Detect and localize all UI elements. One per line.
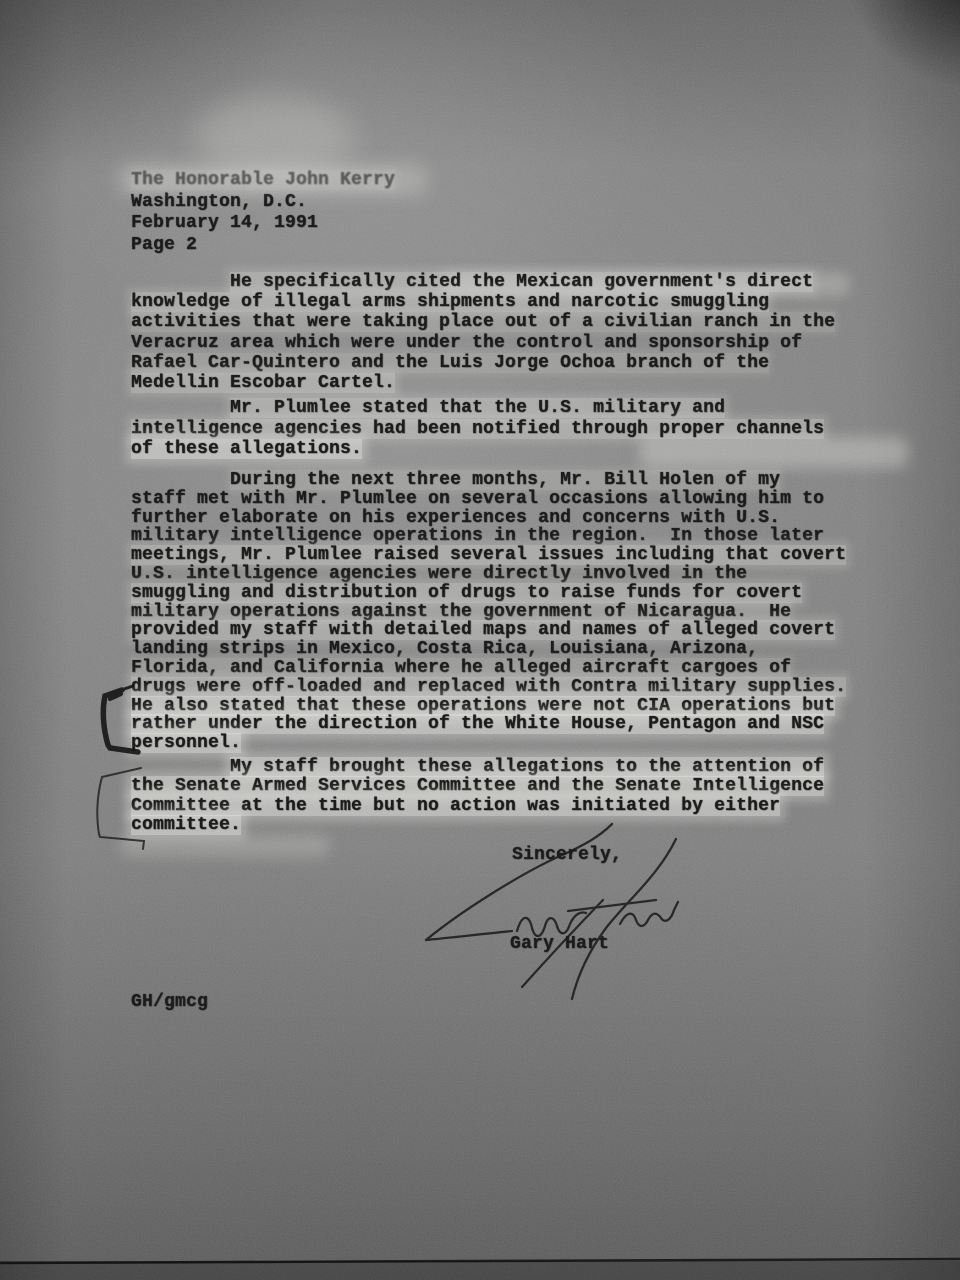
text-line: Mr. Plumlee stated that the U.S. militar… — [131, 398, 824, 419]
text-line: military intelligence operations in the … — [131, 527, 846, 546]
text-line: of these allegations. — [131, 439, 824, 460]
paragraph-2: Mr. Plumlee stated that the U.S. militar… — [131, 398, 824, 460]
city-line: Washington, D.C. — [131, 192, 395, 214]
paragraph-4: My staff brought these allegations to th… — [131, 758, 824, 836]
text-line: Rafael Car-Quintero and the Luis Jorge O… — [131, 353, 835, 373]
text-line: activities that were taking place out of… — [131, 312, 835, 332]
recipient-line: The Honorable John Kerry — [131, 170, 395, 192]
typed-signature: Gary Hart — [510, 934, 609, 954]
text-line: He also stated that these operations wer… — [131, 697, 846, 716]
text-line: He specifically cited the Mexican govern… — [131, 272, 835, 292]
text-line: drugs were off-loaded and replaced with … — [131, 678, 846, 697]
text-line: meetings, Mr. Plumlee raised several iss… — [131, 546, 846, 565]
letter-header: The Honorable John Kerry Washington, D.C… — [131, 170, 395, 256]
text-line: U.S. intelligence agencies were directly… — [131, 565, 846, 584]
text-line: Medellin Escobar Cartel. — [131, 373, 835, 393]
paragraph-1: He specifically cited the Mexican govern… — [131, 272, 835, 393]
text-line: intelligence agencies had been notified … — [131, 419, 824, 440]
text-line: the Senate Armed Services Committee and … — [131, 777, 824, 796]
text-line: Committee at the time but no action was … — [131, 797, 824, 816]
text-line: smuggling and distribution of drugs to r… — [131, 584, 846, 603]
text-line: During the next three months, Mr. Bill H… — [131, 471, 846, 490]
text-line: provided my staff with detailed maps and… — [131, 621, 846, 640]
text-line: My staff brought these allegations to th… — [131, 758, 824, 777]
text-line: committee. — [131, 816, 824, 835]
text-line: landing strips in Mexico, Costa Rica, Lo… — [131, 640, 846, 659]
text-line: staff met with Mr. Plumlee on several oc… — [131, 490, 846, 509]
text-line: Florida, and California where he alleged… — [131, 659, 846, 678]
paragraph-3: During the next three months, Mr. Bill H… — [131, 471, 846, 753]
closing-salutation: Sincerely, — [512, 845, 622, 865]
text-line: knowledge of illegal arms shipments and … — [131, 292, 835, 312]
text-line: military operations against the governme… — [131, 603, 846, 622]
date-line: February 14, 1991 — [131, 213, 395, 235]
text-line: further elaborate on his experiences and… — [131, 509, 846, 528]
text-line: personnel. — [131, 734, 846, 753]
letter-content: The Honorable John Kerry Washington, D.C… — [0, 0, 960, 1280]
page-number-line: Page 2 — [131, 235, 395, 257]
text-line: rather under the direction of the White … — [131, 715, 846, 734]
scanned-letter-page: The Honorable John Kerry Washington, D.C… — [0, 0, 960, 1280]
text-line: Veracruz area which were under the contr… — [131, 333, 835, 353]
typist-initials: GH/gmcg — [131, 992, 208, 1012]
